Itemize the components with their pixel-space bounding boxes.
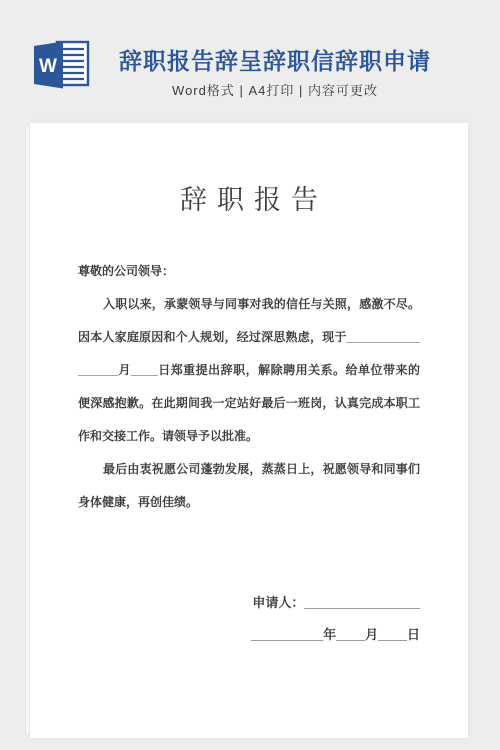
document-title: 辞职报告 (30, 179, 468, 221)
header-text-block: 辞职报告辞呈辞职信辞职申请 Word格式 | A4打印 | 内容可更改 (95, 46, 455, 99)
applicant-line: 申请人：________________ (30, 587, 420, 619)
date-line: __________年____月____日 (30, 619, 420, 651)
document-body: 尊敬的公司领导：入职以来，承蒙领导与同事对我的信任与关照，感激不尽。因本人家庭原… (30, 255, 468, 519)
svg-text:W: W (39, 56, 57, 77)
document-line: 尊敬的公司领导： (78, 255, 420, 288)
document-line: 因本人家庭原因和个人规划，经过深思熟虑，现于___________年 (78, 321, 420, 354)
document-line: ______月____日郑重提出辞职，解除聘用关系。给单位带来的不 (78, 354, 420, 387)
template-subtitle: Word格式 | A4打印 | 内容可更改 (95, 83, 455, 99)
document-page: 辞职报告 尊敬的公司领导：入职以来，承蒙领导与同事对我的信任与关照，感激不尽。因… (30, 123, 468, 738)
page-stack-edge (25, 127, 29, 734)
document-line: 便深感抱歉。在此期间我一定站好最后一班岗，认真完成本职工 (78, 387, 420, 420)
document-line: 身体健康，再创佳绩。 (78, 486, 420, 519)
template-preview: W 辞职报告辞呈辞职信辞职申请 Word格式 | A4打印 | 内容可更改 辞职… (0, 0, 500, 750)
signature-block: 申请人：________________ __________年____月___… (30, 587, 468, 651)
preview-header: W 辞职报告辞呈辞职信辞职申请 Word格式 | A4打印 | 内容可更改 (0, 0, 500, 123)
document-line: 入职以来，承蒙领导与同事对我的信任与关照，感激不尽。 (78, 288, 420, 321)
template-title: 辞职报告辞呈辞职信辞职申请 (95, 46, 455, 76)
document-line: 作和交接工作。请领导予以批准。 (78, 420, 420, 453)
word-file-icon: W (32, 40, 92, 90)
document-line: 最后由衷祝愿公司蓬勃发展，蒸蒸日上，祝愿领导和同事们 (78, 453, 420, 486)
